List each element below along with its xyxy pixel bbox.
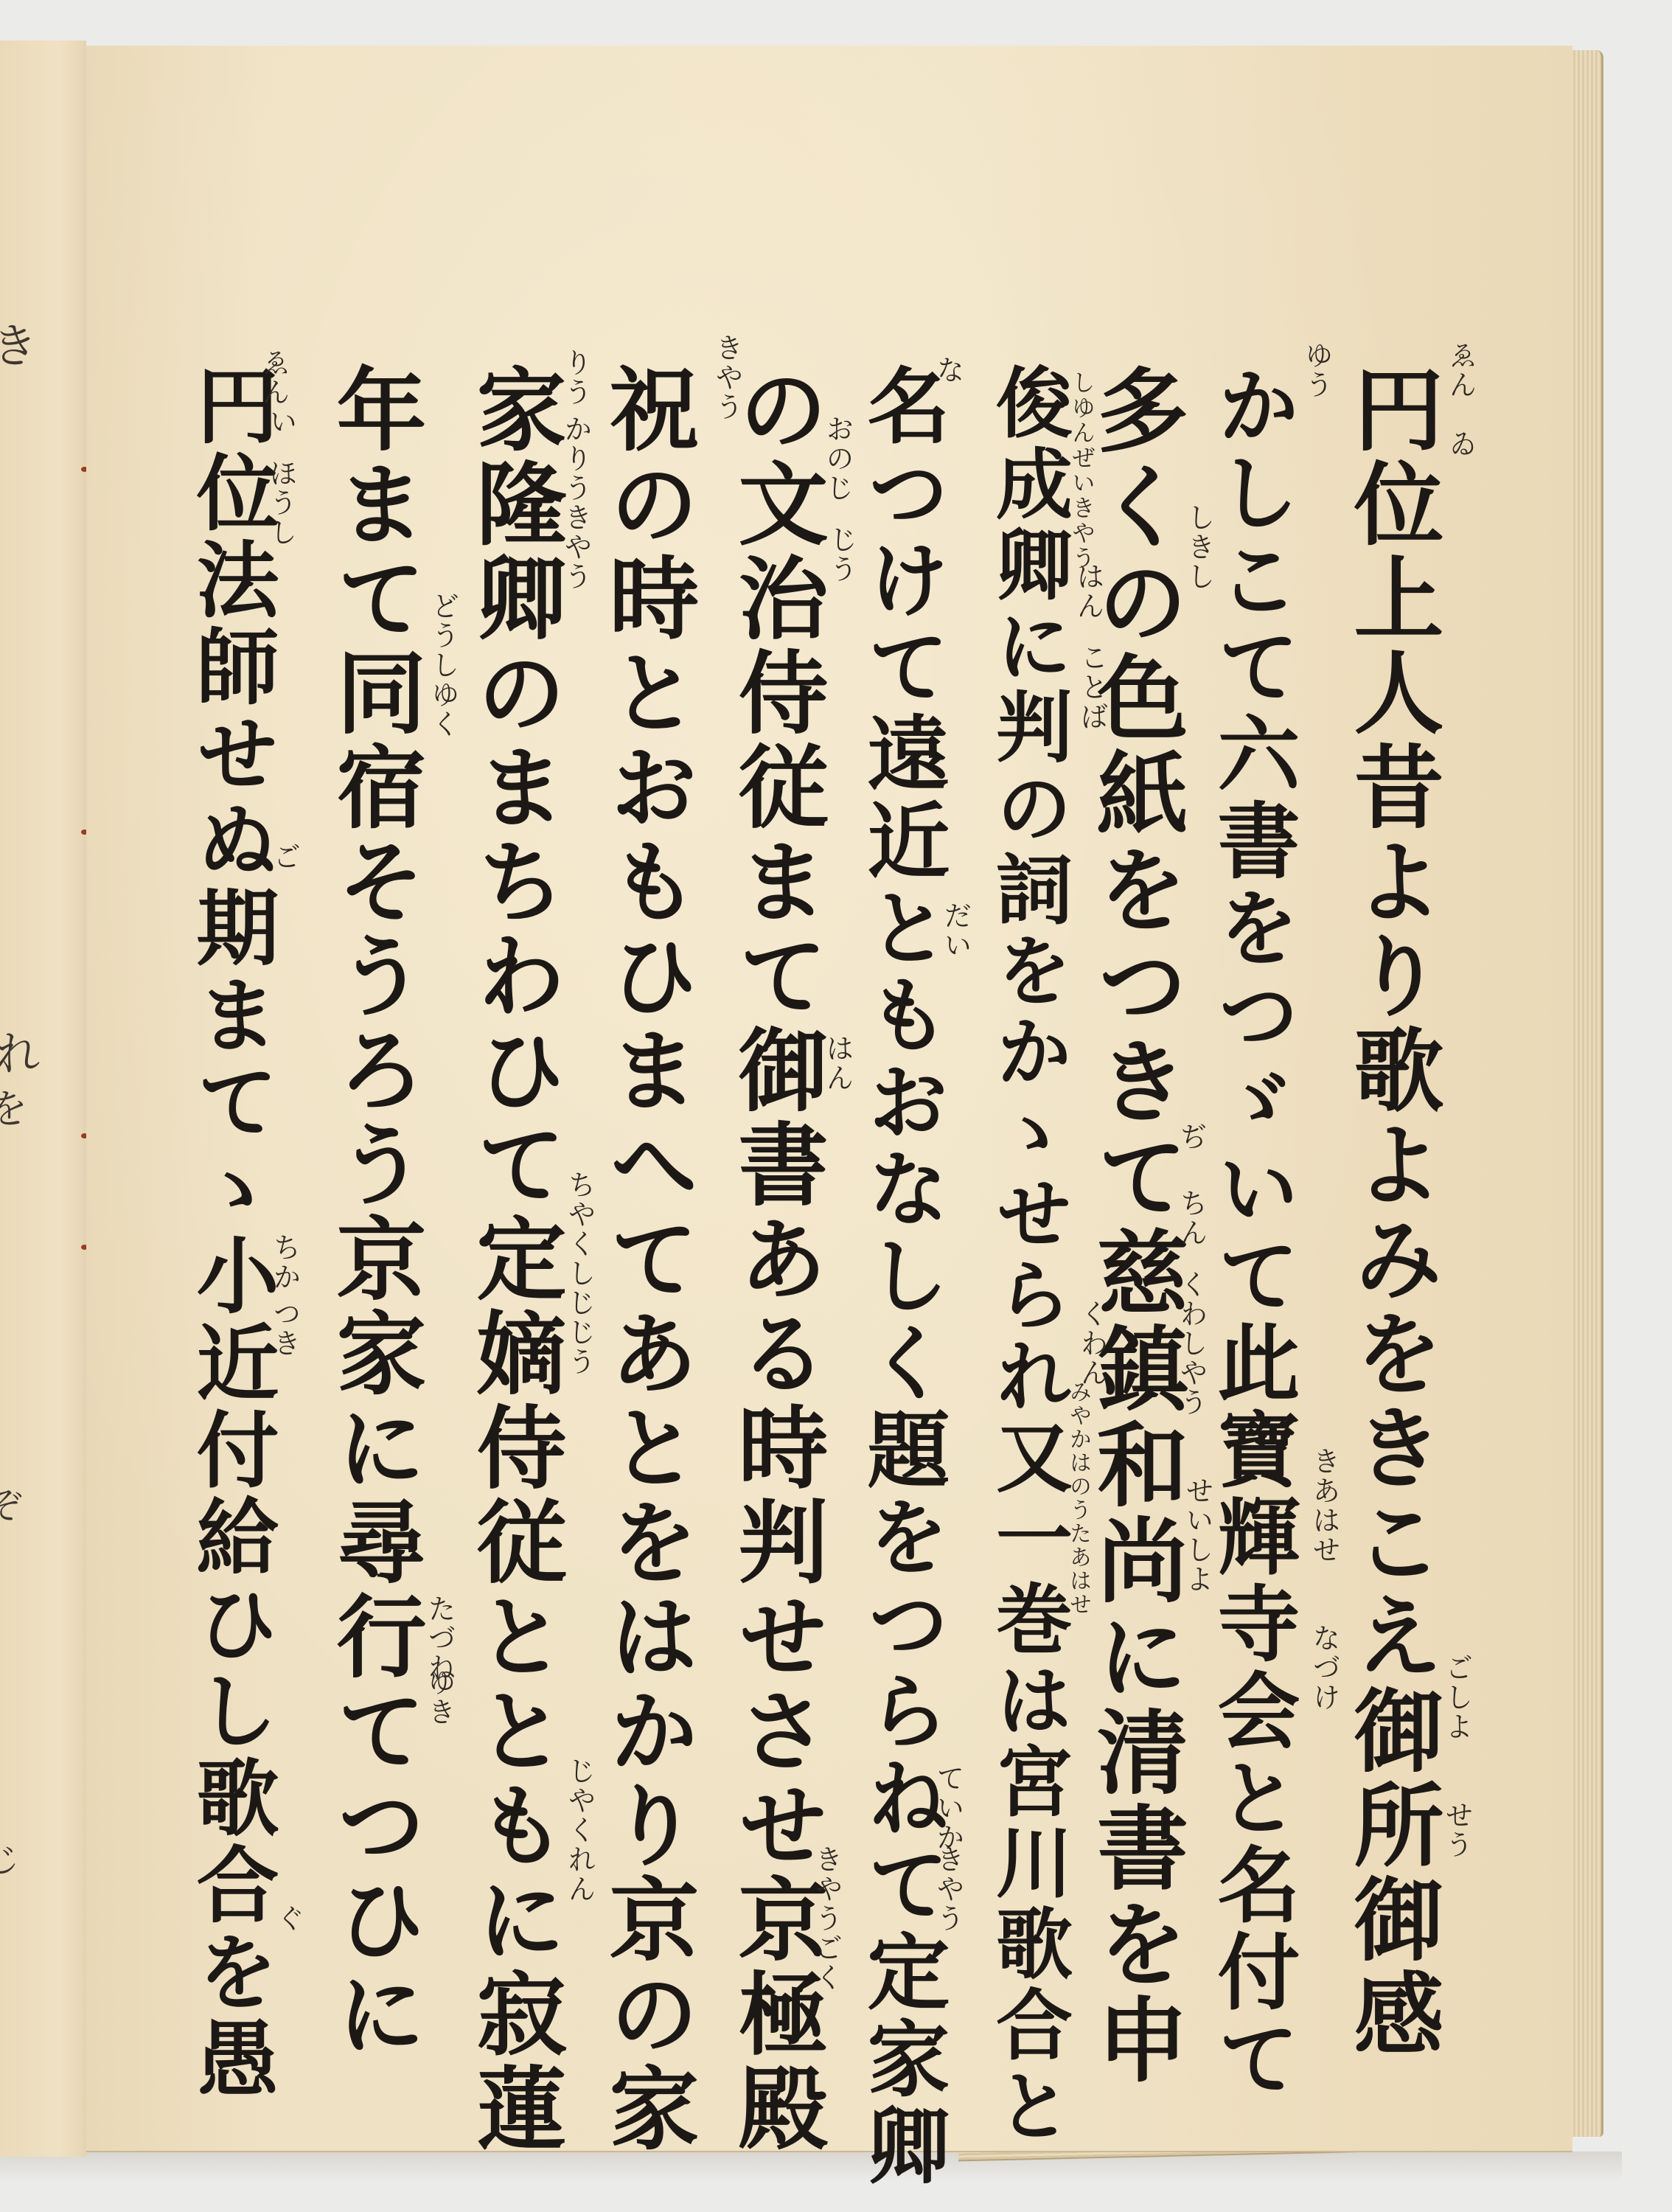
furigana: きやうごく xyxy=(812,1845,840,1992)
furigana: ていか xyxy=(934,1764,962,1852)
furigana: しきし xyxy=(1185,503,1213,591)
text-column-7: 祝の時とおもひまへてあとをはかり京の家 xyxy=(602,363,692,2156)
text-column-1: 円位上人昔より歌よみをきこえ御所御感 xyxy=(1347,363,1437,2062)
furigana: ことば xyxy=(1078,643,1106,731)
text-column-3: 多くの色紙をつきて慈鎮和尚に清書を申 xyxy=(1089,363,1180,2088)
furigana: じやくれん xyxy=(565,1756,593,1904)
main-page: 円位上人昔より歌よみをきこえ御所御感 かしこて六書をつゞいて此寶輝寺会と名付て … xyxy=(86,46,1572,2152)
furigana: ごしよ xyxy=(1443,1653,1471,1742)
furigana: なづけ xyxy=(1310,1624,1338,1712)
furigana: ゐ xyxy=(1446,429,1474,459)
furigana: しゆく xyxy=(429,650,457,739)
furigana: ちん xyxy=(1177,1189,1205,1248)
furigana: きやう xyxy=(934,1845,962,1933)
furigana: な xyxy=(934,355,962,385)
left-page-fragment: れ xyxy=(0,1029,37,1076)
furigana: くわん xyxy=(1078,1299,1106,1388)
book-shadow xyxy=(0,2152,1622,2181)
furigana: ゆき xyxy=(425,1668,453,1727)
furigana: ほうし xyxy=(267,459,295,547)
text-column-8: 家隆卿のまちわひて定嫡侍従とともに寂蓮 xyxy=(470,363,560,2156)
furigana: はん xyxy=(1074,562,1102,621)
text-column-6: の文治侍従まて御書ある時判せさせ京極殿 xyxy=(731,363,821,2156)
furigana: しゆんぜいきやう xyxy=(1070,370,1094,571)
furigana: せう xyxy=(1443,1801,1471,1860)
furigana: どう xyxy=(429,591,457,650)
page-edges-right xyxy=(1569,50,1603,2137)
furigana: だい xyxy=(941,901,969,960)
furigana: りう xyxy=(562,348,590,407)
furigana: きやう xyxy=(713,333,741,422)
furigana: ご xyxy=(271,842,299,872)
left-page-fragment: じ xyxy=(0,1840,18,1877)
furigana: きあはせ xyxy=(1310,1447,1338,1565)
left-page-fragment: を xyxy=(0,1088,25,1127)
text-column-10: 円位法師せぬ期まてゝ小近付給ひし歌合を愚 xyxy=(189,363,272,2103)
text-column-4: 俊成卿に判の詞をかゝせられ又一巻は宮川歌合と xyxy=(989,363,1066,2147)
furigana: ぢ xyxy=(1177,1122,1205,1152)
furigana: はん xyxy=(823,1034,851,1093)
furigana: ちか xyxy=(271,1233,299,1292)
furigana: せいしよ xyxy=(1183,1476,1211,1594)
furigana: かりうきやう xyxy=(562,414,590,591)
furigana: い xyxy=(267,407,295,437)
text-column-9: 年まて同宿そうろう京家に尋行てつひに xyxy=(330,363,419,2062)
book-photograph: き れ を ぞ じ 円位上人昔より歌よみをきこえ御所御感 かしこて六書をつゞいて… xyxy=(0,0,1672,2212)
left-page-fragment: ぞ xyxy=(0,1486,21,1523)
furigana: くわしやう xyxy=(1177,1270,1205,1417)
furigana: ちやくしじじう xyxy=(565,1170,593,1377)
left-page-fragment: き xyxy=(0,321,34,368)
furigana: ゆう xyxy=(1303,341,1331,400)
furigana: つき xyxy=(271,1299,299,1358)
furigana: ぐ xyxy=(274,1904,302,1933)
left-page: き れ を ぞ じ xyxy=(0,41,86,2157)
text-column-5: 名つけて遠近ともおなしく題をつらねて定家卿 xyxy=(860,363,943,2190)
furigana: おのじ xyxy=(823,414,851,503)
furigana: みやかはのうたあはせ xyxy=(1067,1380,1089,1616)
text-column-2: かしこて六書をつゞいて此寶輝寺会と名付て xyxy=(1211,363,1293,2103)
furigana: ゑん xyxy=(259,348,288,407)
furigana: じう xyxy=(827,525,855,584)
furigana: ゑん xyxy=(1446,341,1474,400)
